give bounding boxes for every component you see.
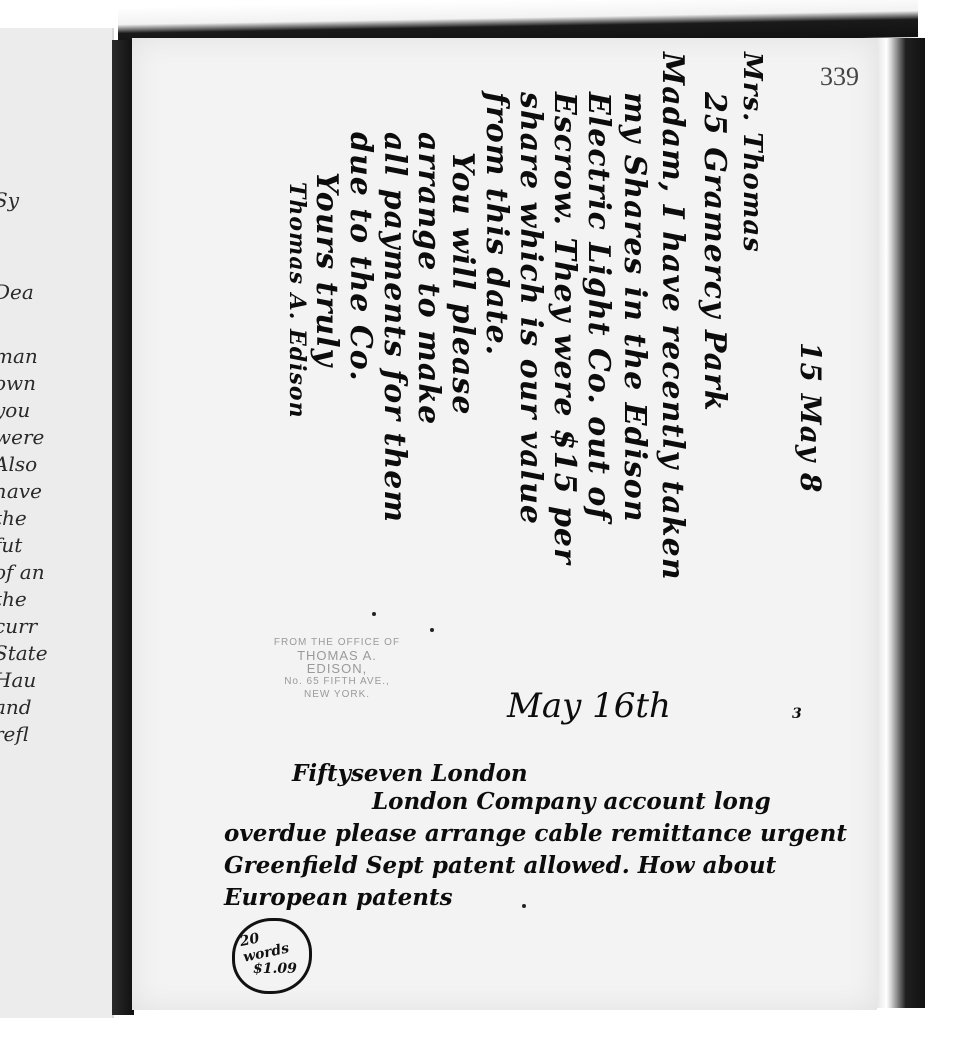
letter-recipient-address: 25 Gramercy Park (697, 92, 732, 412)
telegram-line: overdue please arrange cable remittance … (224, 820, 847, 847)
letter-closing: Yours truly (309, 172, 344, 367)
facing-page-fragment: and (0, 695, 32, 719)
facing-page-fragment: fut (0, 533, 22, 557)
stamp-line: THOMAS A. EDISON, (272, 649, 402, 675)
facing-page-fragment: Dea (0, 280, 34, 304)
letter-line: due to the Co. (343, 132, 378, 382)
facing-page-fragment: Sy (0, 188, 19, 212)
letter-signature: Thomas A. Edison (284, 182, 310, 419)
charge-amount: $1.09 (253, 961, 297, 977)
letter-line: Electric Light Co. out of (581, 92, 616, 521)
stamp-line: No. 65 FIFTH AVE., (272, 675, 402, 688)
letter-recipient-name: Mrs. Thomas (737, 52, 767, 253)
book-right-edge (877, 38, 925, 1008)
ink-speck (372, 612, 376, 616)
letter-line: from this date. (479, 92, 514, 356)
letter-line: Escrow. They were $15 per (547, 92, 582, 565)
facing-page-fragment: refl (0, 722, 29, 746)
facing-page-fragment: own (0, 371, 36, 395)
stamp-line: NEW YORK. (272, 688, 402, 701)
letter-line: arrange to make (411, 132, 446, 425)
facing-page-fragment: Also (0, 452, 37, 476)
word-count: 20 words (238, 920, 311, 965)
facing-page-fragment: Hau (0, 668, 36, 692)
office-stamp: FROM THE OFFICE OF THOMAS A. EDISON, No.… (272, 636, 402, 701)
rotated-letter: 15 May 8 Mrs. Thomas 25 Gramercy Park Ma… (212, 42, 772, 602)
facing-page-fragment: curr (0, 614, 37, 638)
letter-date: 15 May 8 (794, 342, 827, 493)
letter-line: all payments for them (377, 132, 412, 523)
telegram-address: Fiftyseven London (292, 760, 528, 787)
ink-speck (522, 904, 526, 908)
ink-speck (430, 628, 434, 632)
letter-line: my Shares in the Edison (617, 92, 652, 523)
letter-line: share which is our value (513, 92, 548, 525)
letter-line: Madam, I have recently taken (655, 52, 690, 581)
telegram-sequence-number: 3 (792, 706, 802, 722)
facing-page-fragment: the (0, 506, 27, 530)
facing-page-fragment: have (0, 479, 42, 503)
page-number: 339 (820, 62, 859, 92)
facing-page-left: Sy Dea man own you were Also have the fu… (0, 28, 114, 1018)
book-gutter (112, 40, 134, 1015)
word-count-note: 20 words $1.09 (232, 918, 312, 994)
letter-line: You will please (445, 152, 480, 415)
facing-page-fragment: man (0, 344, 38, 368)
telegram-date: May 16th (507, 686, 671, 726)
facing-page-fragment: you (0, 398, 30, 422)
telegram-line: European patents (224, 884, 453, 911)
facing-page-fragment: of an (0, 560, 45, 584)
telegram-line: Greenfield Sept patent allowed. How abou… (224, 852, 776, 879)
letterbook-page: 339 15 May 8 Mrs. Thomas 25 Gramercy Par… (132, 38, 877, 1010)
facing-page-fragment: were (0, 425, 44, 449)
facing-page-fragment: the (0, 587, 27, 611)
facing-page-fragment: State (0, 641, 48, 665)
telegram-line: London Company account long (372, 788, 771, 815)
